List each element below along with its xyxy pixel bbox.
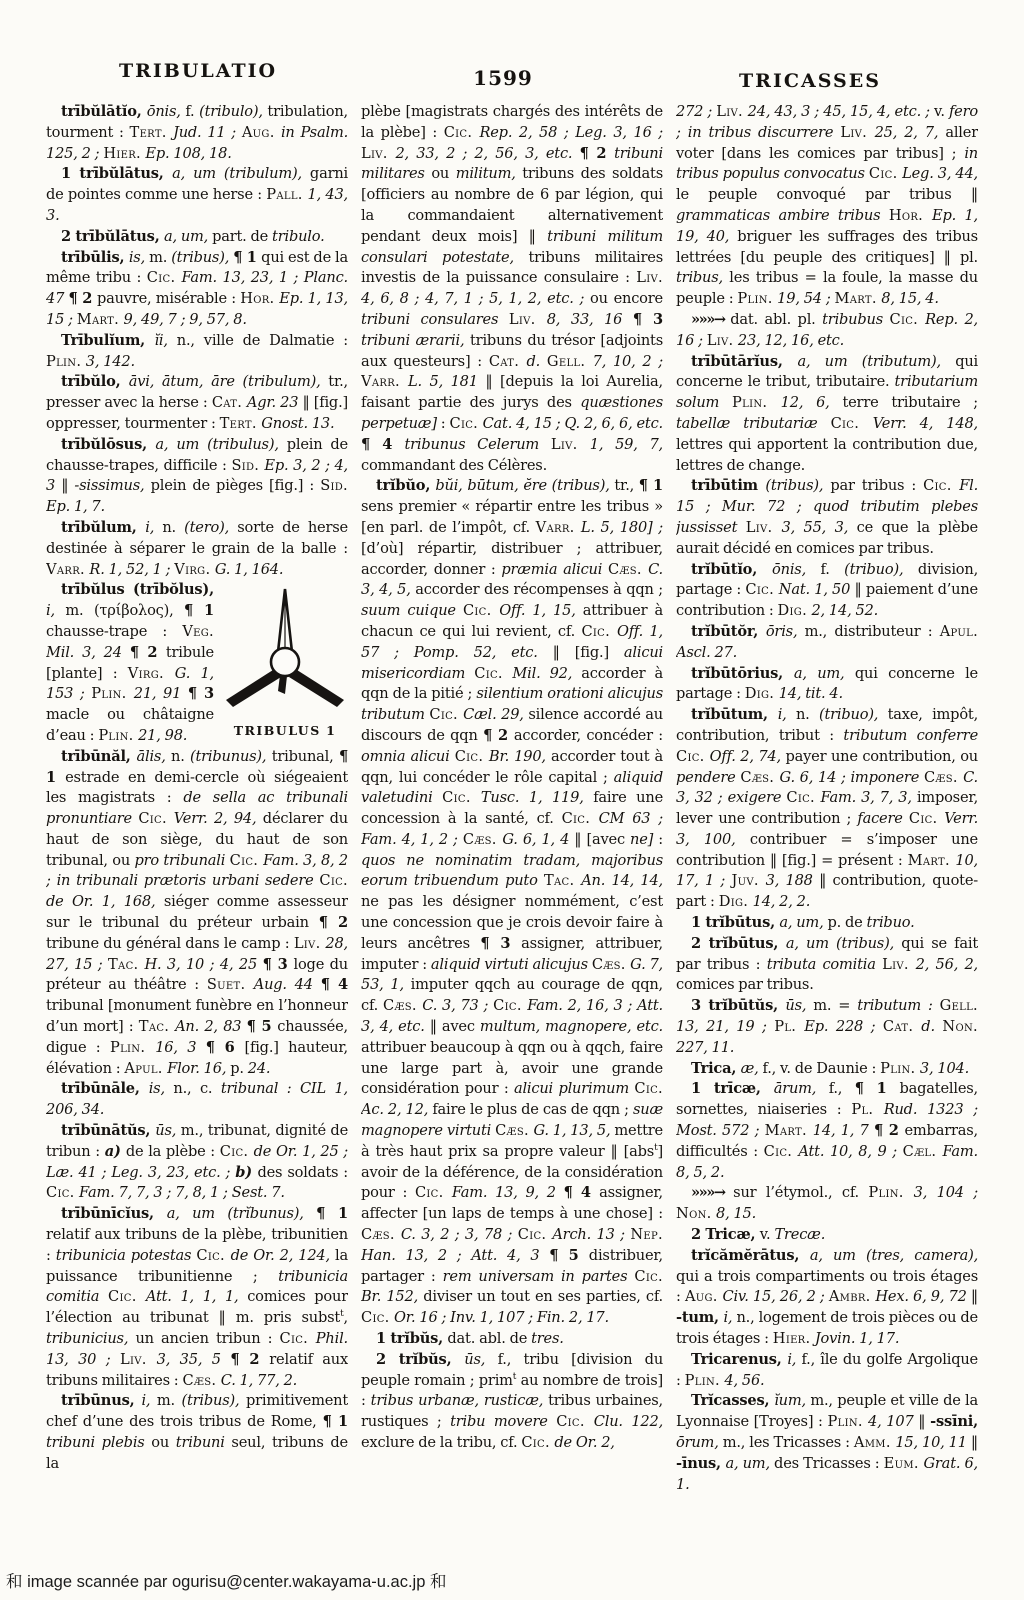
entry-text-segment: (tribus), — [765, 477, 830, 494]
entry-text-segment: Amm. — [854, 1434, 895, 1451]
entry-text-segment: Plin. — [880, 1060, 920, 1077]
entry-text-segment: Cic. — [463, 602, 499, 619]
entry-text-segment: Dig. — [778, 602, 812, 619]
entry-text-segment: dat. abl. pl. — [730, 311, 822, 328]
entry-text-segment: comices par tribus. — [676, 976, 814, 993]
entry-text-segment: Nat. 1, 50 — [779, 581, 855, 598]
dictionary-entry: trĭbūtōrius, a, um, qui concerne le part… — [676, 664, 978, 706]
entry-text-segment: ¶ 2 — [230, 1351, 269, 1368]
entry-text-segment: des soldats : — [257, 1164, 348, 1181]
entry-text-segment: Hex. 6, 9, 72 — [875, 1288, 971, 1305]
entry-text-segment: (tribuo), — [819, 706, 888, 723]
column-3: 272 ; Liv. 24, 43, 3 ; 45, 15, 4, etc. ;… — [676, 102, 978, 1554]
entry-text-segment: 24. — [248, 1060, 271, 1077]
entry-text-segment: ‖ — [61, 477, 74, 494]
entry-text-segment: Cat. — [489, 353, 527, 370]
entry-text-segment: Eum. — [884, 1455, 924, 1472]
entry-text-segment: 14, 1, 7 — [813, 1122, 874, 1139]
entry-text-segment: Virg. — [174, 561, 215, 578]
entry-text-segment: 14, 2, 2. — [753, 893, 811, 910]
entry-text-segment: Cic. — [196, 1247, 230, 1264]
entry-text-segment: tabellæ tributariæ — [676, 415, 831, 432]
entry-text-segment: Nep. — [630, 1226, 663, 1243]
entry-text-segment: Cic. — [923, 477, 959, 494]
entry-text-segment: Varr. — [536, 519, 581, 536]
entry-text-segment: a, um, — [164, 228, 212, 245]
entry-text-segment: Liv. — [361, 145, 395, 162]
entry-text-segment: Virg. — [128, 665, 175, 682]
entry-text-segment: tribus, — [676, 269, 729, 286]
entry-text-segment: Cic. — [634, 1080, 663, 1097]
entry-text-segment: de Or. 2, 124, — [231, 1247, 335, 1264]
entry-text-segment: Non. — [676, 1205, 716, 1222]
entry-text-segment: Gell. — [940, 997, 978, 1014]
entry-text-segment: a, um (trĭbunus), — [167, 1205, 316, 1222]
entry-text-segment: pendere — [676, 769, 740, 786]
entry-text-segment: trībūlis, — [61, 249, 129, 266]
entry-text-segment: Or. 16 ; Inv. 1, 107 ; Fin. 2, 17. — [394, 1309, 609, 1326]
entry-text-segment: 3, 35, 5 — [157, 1351, 231, 1368]
entry-text-segment: ārum, — [774, 1080, 829, 1097]
entry-text-segment: L. 5, 181 — [408, 373, 485, 390]
entry-text-segment: Trica, — [691, 1060, 741, 1077]
entry-text-segment: trĭbūtŏr, — [691, 623, 766, 640]
entry-text-segment: 2, 33, 2 ; 2, 56, 3, etc. — [395, 145, 579, 162]
entry-text-segment: Cic. — [890, 311, 926, 328]
entry-text-segment: i, — [778, 706, 796, 723]
entry-text-segment: 23, 12, 16, etc. — [738, 332, 844, 349]
entry-text-segment: tribune du général dans le camp : — [46, 935, 294, 952]
entry-text-segment: Cic. — [230, 852, 264, 869]
entry-text-segment: Cæs. — [463, 831, 502, 848]
entry-text-segment: des Tricasses : — [774, 1455, 884, 1472]
entry-text-segment: a) — [105, 1143, 126, 1160]
entry-text-segment: Mil. 92, — [512, 665, 581, 682]
dictionary-entry: trībūtim (tribus), par tribus : Cic. Fl.… — [676, 476, 978, 559]
entry-text-segment: chausse-trape : — [46, 623, 182, 640]
tribulus-figure: TRIBULUS 1 — [222, 586, 348, 742]
entry-text-segment: An. 14, 14, — [581, 872, 663, 889]
entry-text-segment: v. — [760, 1226, 775, 1243]
entry-text-segment: ōrum, — [676, 1434, 723, 1451]
entry-text-segment: Trecæ. — [774, 1226, 825, 1243]
entry-text-segment: Clu. 122, — [594, 1413, 663, 1430]
entry-text-segment: f. — [821, 561, 845, 578]
entry-text-segment: : — [441, 415, 450, 432]
entry-text-segment: trībŭlus (trībŏlus), — [61, 581, 214, 598]
entry-text-segment: -tum, — [676, 1309, 723, 1326]
entry-text-segment: 7, 10, 2 ; — [593, 353, 663, 370]
entry-text-segment: Plin. — [732, 394, 781, 411]
entry-text-segment: a, um, — [726, 1455, 775, 1472]
entry-text-segment: ‖ — [918, 1413, 930, 1430]
entry-text-segment: Cic. — [581, 623, 617, 640]
entry-text-segment: Cic. — [676, 748, 710, 765]
entry-text-segment: (tribus), — [171, 249, 233, 266]
entry-text-segment: Dig. — [719, 893, 753, 910]
entry-text-segment: trībŭlo, — [61, 373, 129, 390]
dictionary-entry: Trĭcasses, ĭum, m., peuple et ville de l… — [676, 1391, 978, 1495]
entry-text-segment: part. de — [212, 228, 272, 245]
entry-text-segment: Trībulĭum, — [61, 332, 154, 349]
entry-text-segment: C. 3, 2 ; 3, 78 ; — [401, 1226, 518, 1243]
entry-text-segment: n., c. — [173, 1080, 220, 1097]
entry-text-segment: b) — [235, 1164, 257, 1181]
entry-text-segment: m., distributeur : — [805, 623, 940, 640]
entry-text-segment: Cic. — [493, 997, 527, 1014]
dictionary-entry: trībūnăl, ālis, n. (tribunus), tribunal,… — [46, 747, 348, 1080]
entry-text-segment: grammaticas ambire tribus — [676, 207, 889, 224]
entry-text-segment: payer une contribution, ou — [786, 748, 979, 765]
entry-text-segment: 9, 49, 7 ; 9, 57, 8. — [124, 311, 247, 328]
entry-text-segment: Cæl. — [903, 1143, 943, 1160]
entry-text-segment: sur l’étymol., cf. — [733, 1184, 868, 1201]
entry-text-segment: tribulo. — [272, 228, 325, 245]
entry-text-segment: dat. abl. de — [447, 1330, 531, 1347]
entry-text-segment: (tribulo), — [199, 103, 267, 120]
entry-text-segment: tribunus Celerum — [404, 436, 550, 453]
entry-text-segment: ¶ 5 — [549, 1247, 589, 1264]
entry-text-segment: Liv. — [840, 124, 874, 141]
scan-credit: 和 image scannée par ogurisu@center.wakay… — [6, 1568, 446, 1592]
entry-text-segment: f., v. de Daunie : — [763, 1060, 881, 1077]
entry-text-segment: Han. 13, 2 ; Att. 4, 3 — [361, 1247, 549, 1264]
entry-text-segment: Pl. — [774, 1018, 804, 1035]
entry-text-segment: ūs, — [785, 997, 813, 1014]
dictionary-entry: trībŭlātĭo, ōnis, f. (tribulo), tribulat… — [46, 102, 348, 164]
entry-text-segment: d. — [921, 1018, 942, 1035]
entry-text-segment: a, um (tribus), — [786, 935, 901, 952]
dictionary-entry: trībŭlo, āvi, ātum, āre (tribulum), tr.,… — [46, 372, 348, 434]
text-columns: trībŭlātĭo, ōnis, f. (tribulo), tribulat… — [46, 102, 978, 1554]
entry-text-segment: 3 trĭbūtŭs, — [691, 997, 785, 1014]
entry-text-segment: Tert. — [130, 124, 174, 141]
entry-text-segment: trĭbūtōrius, — [691, 665, 794, 682]
entry-text-segment: Tac. — [108, 956, 144, 973]
running-head-left: TRIBULATIO — [48, 60, 348, 82]
entry-text-segment: 8, 15, 4. — [881, 290, 939, 307]
entry-text-segment: 4, 56. — [724, 1372, 764, 1389]
entry-text-segment: a, um (tributum), — [797, 353, 955, 370]
entry-text-segment: ūs, — [464, 1351, 497, 1368]
entry-text-segment: R. 1, 52, 1 ; — [89, 561, 174, 578]
entry-text-segment: n. — [171, 748, 190, 765]
dictionary-entry: Tricarenus, i, f., île du golfe Argoliqu… — [676, 1350, 978, 1392]
figure-caption: TRIBULUS 1 — [222, 721, 348, 742]
entry-text-segment: -sissimus, — [74, 477, 150, 494]
entry-text-segment: 2 trībŭlātus, — [61, 228, 164, 245]
entry-text-segment: tribuni ærarii, — [361, 332, 470, 349]
entry-text-segment: m. — [157, 1392, 182, 1409]
entry-text-segment: ‖ avec — [430, 1018, 480, 1035]
entry-text-segment: Ac. 2, 12, — [361, 1101, 432, 1118]
entry-text-segment: Apul. — [940, 623, 978, 640]
entry-text-segment: (tribunus), — [190, 748, 272, 765]
entry-text-segment: ¶ 1 — [639, 477, 663, 494]
entry-text-segment: aliquid virtuti alicujus — [431, 956, 592, 973]
entry-text-segment: ou — [431, 165, 455, 182]
entry-text-segment: Plin. — [91, 685, 133, 702]
entry-text-segment: Hor. — [889, 207, 932, 224]
entry-text-segment: ¶ 2 — [130, 644, 166, 661]
entry-text-segment: Cæl. 29, — [463, 706, 528, 723]
entry-text-segment: Mart. — [835, 290, 882, 307]
entry-text-segment: Cic. — [474, 665, 512, 682]
dictionary-entry: trībūlis, is, m. (tribus), ¶ 1 qui est d… — [46, 248, 348, 331]
dictionary-entry: Trica, æ, f., v. de Daunie : Plin. 3, 10… — [676, 1059, 978, 1080]
dictionary-entry: 1 trĭbūtus, a, um, p. de tribuo. — [676, 913, 978, 934]
entry-text-segment: »»»→ — [691, 1184, 733, 1201]
entry-text-segment: tribubus — [822, 311, 889, 328]
entry-text-segment: Non. — [942, 1018, 978, 1035]
entry-text-segment: Hor. — [240, 290, 279, 307]
entry-text-segment: Veg. — [182, 623, 214, 640]
dictionary-entry: 2 trĭbŭs, ūs, f., tribu [division du peu… — [361, 1350, 663, 1454]
entry-text-segment: 3, 104 ; — [914, 1184, 978, 1201]
entry-text-segment: ¶ 4 — [361, 436, 404, 453]
entry-text-segment: Cæs. — [361, 1226, 401, 1243]
entry-text-segment: 4, 107 — [868, 1413, 918, 1430]
entry-text-segment: Liv. — [120, 1351, 157, 1368]
entry-text-segment: »»»→ — [691, 311, 730, 328]
entry-text-segment: diviser un tout en ses parties, cf. — [423, 1288, 663, 1305]
entry-text-segment: Cic. — [869, 165, 902, 182]
entry-text-segment: Cic. — [138, 810, 173, 827]
entry-text-segment: ōnis, — [772, 561, 820, 578]
entry-text-segment: Juv. — [731, 872, 765, 889]
entry-text-segment: Cic. — [319, 872, 348, 889]
entry-text-segment: i, — [787, 1351, 801, 1368]
dictionary-entry: trĭbūtĭo, ōnis, f. (tribuo), division, p… — [676, 560, 978, 622]
entry-text-segment: tribus urbanæ, rusticæ, — [371, 1392, 548, 1409]
entry-text-segment: 272 ; — [676, 103, 716, 120]
dictionary-entry: TRIBULUS 1 trībŭlus (trībŏlus), i, m. (τ… — [46, 580, 348, 746]
entry-text-segment: Mart. — [765, 1122, 813, 1139]
dictionary-entry: trĭbŭo, bŭi, būtum, ĕre (tribus), tr., ¶… — [361, 476, 663, 1329]
entry-text-segment: 14, tit. 4. — [779, 685, 843, 702]
running-head-right: TRICASSES — [660, 70, 960, 92]
entry-text-segment: (tero), — [184, 519, 237, 536]
entry-text-segment: 24, 43, 3 ; 45, 15, 4, etc. ; — [748, 103, 934, 120]
entry-text-segment: 3, 55, 3, — [781, 519, 856, 536]
entry-text-segment: ĭi, — [154, 332, 176, 349]
entry-text-segment: ¶ 2 — [319, 914, 348, 931]
entry-text-segment: Plin. — [98, 727, 138, 744]
entry-text-segment: par tribus : — [830, 477, 923, 494]
entry-text-segment: ¶ 2 — [483, 727, 514, 744]
entry-text-segment: de Or. 2, — [554, 1434, 614, 1451]
entry-text-segment: præmia alicui — [501, 561, 608, 578]
entry-text-segment: Cic. — [444, 124, 480, 141]
entry-text-segment: omnia alicui — [361, 748, 455, 765]
entry-text-segment: G. 6, 14 ; imponere — [780, 769, 924, 786]
entry-text-segment: Arch. 13 ; — [552, 1226, 630, 1243]
entry-text-segment: Pl. — [851, 1101, 883, 1118]
entry-text-segment: 3, 104. — [920, 1060, 969, 1077]
entry-text-segment: 4, 6, 8 ; 4, 7, 1 ; 5, 1, 2, etc. ; — [361, 290, 590, 307]
entry-text-segment: accorder des récompenses à qqn ; — [415, 581, 663, 598]
entry-text-segment: Cic. — [521, 1434, 554, 1451]
dictionary-entry: 1 trĭbŭs, dat. abl. de tres. — [361, 1329, 663, 1350]
entry-text-segment: Gell. — [547, 353, 593, 370]
entry-text-segment: H. 3, 10 ; 4, 25 — [144, 956, 262, 973]
entry-text-segment: Jovin. 1, 17. — [815, 1330, 899, 1347]
entry-text-segment: Cic. — [455, 748, 489, 765]
entry-text-segment: m. (τρίβολος), — [65, 602, 184, 619]
entry-text-segment: ¶ 2 — [580, 145, 614, 162]
dictionary-entry: trībūnāle, is, n., c. tribunal : CIL 1, … — [46, 1079, 348, 1121]
entry-text-segment: ¶ 5 — [247, 1018, 278, 1035]
entry-text-segment: ōnis, — [147, 103, 186, 120]
entry-text-segment: Ep. 108, 18. — [145, 145, 231, 162]
entry-text-segment: Rep. 2, 58 ; Leg. 3, 16 ; — [479, 124, 663, 141]
entry-text-segment: tribuni plebis — [46, 1434, 151, 1451]
entry-text-segment: Cic. — [556, 1413, 594, 1430]
entry-text-segment: Liv. — [716, 103, 747, 120]
entry-text-segment: Trĭcasses, — [691, 1392, 774, 1409]
entry-text-segment: Tert. — [220, 415, 262, 432]
entry-text-segment: v. — [934, 103, 949, 120]
entry-text-segment: ‖ [fig.] — [553, 644, 624, 661]
entry-text-segment: Cic. — [220, 1143, 254, 1160]
entry-text-segment: f., — [829, 1080, 855, 1097]
entry-text-segment: Liv. — [551, 436, 590, 453]
entry-text-segment: 2 trĭbūtus, — [691, 935, 786, 952]
entry-text-segment: Sid. — [320, 477, 348, 494]
entry-text-segment: Pall. — [266, 186, 307, 203]
entry-text-segment: G. 1, 13, 5, — [533, 1122, 614, 1139]
entry-text-segment: Fam. 13, 9, 2 — [452, 1184, 564, 1201]
entry-text-segment: un ancien tribun : — [135, 1330, 279, 1347]
entry-text-segment: ‖ — [971, 1434, 978, 1451]
entry-text-segment: Cic. — [562, 810, 599, 827]
entry-text-segment: Fam. 3, 7, 3, — [821, 789, 917, 806]
entry-text-segment: plein de pièges [fig.] : — [151, 477, 321, 494]
entry-text-segment: Cæs. — [740, 769, 779, 786]
entry-text-segment: i, — [46, 602, 65, 619]
entry-text-segment: Agr. 23 — [247, 394, 303, 411]
entry-text-segment: Sid. — [231, 457, 264, 474]
entry-text-segment: trībŭlōsus, — [61, 436, 155, 453]
entry-text-segment: 13, 21, 19 ; — [676, 1018, 774, 1035]
entry-text-segment: Cic. — [909, 810, 944, 827]
entry-text-segment: Cæs. — [182, 1372, 220, 1389]
entry-text-segment: n., ville de Dalmatie : — [177, 332, 348, 349]
entry-text-segment: Cic. — [442, 789, 481, 806]
entry-text-segment: ¶ 3 — [188, 685, 214, 702]
entry-text-segment: i, — [145, 519, 162, 536]
entry-text-segment: Plin. — [685, 1372, 725, 1389]
dictionary-entry: plèbe [magistrats chargés des intérêts d… — [361, 102, 663, 476]
dictionary-entry: 2 trĭbūtus, a, um (tribus), qui se fait … — [676, 934, 978, 996]
entry-text-segment: exclure de la tribu, cf. — [361, 1434, 521, 1451]
entry-text-segment: Liv. — [882, 956, 916, 973]
entry-text-segment: tribuo. — [867, 914, 915, 931]
entry-text-segment: -īnus, — [676, 1455, 726, 1472]
dictionary-entry: 2 trībŭlātus, a, um, part. de tribulo. — [46, 227, 348, 248]
entry-text-segment: Cic. — [634, 1268, 663, 1285]
dictionary-entry: trĭcămĕrātus, a, um (tres, camera), qui … — [676, 1246, 978, 1350]
entry-text-segment: 21, 91 — [134, 685, 188, 702]
entry-text-segment: trĭbŭo, — [376, 477, 435, 494]
entry-text-segment: Plin. — [46, 353, 86, 370]
entry-text-segment: ¶ 3 — [480, 935, 521, 952]
entry-text-segment: Plin. — [828, 1413, 869, 1430]
entry-text-segment: ¶ 3 — [633, 311, 663, 328]
entry-text-segment: tribu movere — [450, 1413, 556, 1430]
entry-text-segment: Att. 10, 8, 9 ; — [798, 1143, 902, 1160]
entry-text-segment: tribunal, — [272, 748, 339, 765]
entry-text-segment: de la plèbe : — [126, 1143, 220, 1160]
entry-text-segment: de Or. 1, 168, — [46, 893, 164, 910]
entry-text-segment: Plin. — [868, 1184, 913, 1201]
entry-text-segment: n. — [162, 519, 184, 536]
entry-text-segment: m., les Tricasses : — [723, 1434, 854, 1451]
entry-text-segment: a, um (tres, camera), — [810, 1247, 978, 1264]
entry-text-segment: commandant des Célères. — [361, 457, 547, 474]
entry-text-segment: trībūnātŭs, — [61, 1122, 155, 1139]
entry-text-segment: pro tribunali — [134, 852, 229, 869]
entry-text-segment: ūs, — [155, 1122, 180, 1139]
entry-text-segment: Cic. — [450, 415, 483, 432]
entry-text-segment: 16, 3 — [155, 1039, 206, 1056]
dictionary-entry: 272 ; Liv. 24, 43, 3 ; 45, 15, 4, etc. ;… — [676, 102, 978, 310]
entry-text-segment: Cic. — [415, 1184, 452, 1201]
entry-text-segment: i, — [723, 1309, 736, 1326]
dictionary-entry: trībūtārĭus, a, um (tributum), qui conce… — [676, 352, 978, 477]
entry-text-segment: Plin. — [737, 290, 777, 307]
entry-text-segment: a, um, — [794, 665, 855, 682]
entry-text-segment: bŭi, būtum, ĕre (tribus), — [435, 477, 614, 494]
entry-text-segment: a, um, — [779, 914, 827, 931]
entry-text-segment: ¶ 1 — [316, 1205, 348, 1222]
entry-text-segment: (tribus), — [181, 1392, 245, 1409]
entry-text-segment: Aug. — [685, 1288, 723, 1305]
entry-text-segment: Cic. — [831, 415, 873, 432]
entry-text-segment: æ, — [741, 1060, 763, 1077]
dictionary-entry: trībūnātŭs, ūs, m., tribunat, dignité de… — [46, 1121, 348, 1204]
entry-text-segment: Cic. — [429, 706, 463, 723]
entry-text-segment: trībūnăl, — [61, 748, 136, 765]
entry-text-segment: Verr. 4, 148, — [873, 415, 978, 432]
entry-text-segment: -ssīni, — [930, 1413, 978, 1430]
column-1: trībŭlātĭo, ōnis, f. (tribulo), tribulat… — [46, 102, 348, 1554]
entry-text-segment: Cæs. — [383, 997, 422, 1014]
entry-text-segment: C. 1, 77, 2. — [221, 1372, 297, 1389]
entry-text-segment: Liv. — [746, 519, 782, 536]
entry-text-segment: is, — [149, 1080, 174, 1097]
entry-text-segment: a, um (tribulum), — [172, 165, 310, 182]
entry-text-segment: Tricarenus, — [691, 1351, 787, 1368]
entry-text-segment: militum, — [456, 165, 523, 182]
entry-text-segment: 3, 142. — [86, 353, 135, 370]
entry-text-segment: ¶ 3 — [263, 956, 294, 973]
entry-text-segment: p. — [230, 1060, 248, 1077]
entry-text-segment: ōris, — [766, 623, 805, 640]
entry-text-segment: trībŭlātĭo, — [61, 103, 147, 120]
entry-text-segment: Mart. — [908, 852, 956, 869]
entry-text-segment: tributum : — [857, 997, 939, 1014]
column-2: plèbe [magistrats chargés des intérêts d… — [361, 102, 663, 1554]
entry-text-segment: Liv. — [707, 332, 738, 349]
entry-text-segment: Cic. — [518, 1226, 553, 1243]
entry-text-segment: tribunicia potestas — [56, 1247, 197, 1264]
dictionary-entry: »»»→ dat. abl. pl. tribubus Cic. Rep. 2,… — [676, 310, 978, 352]
caltrop-illustration — [222, 586, 348, 712]
entry-text-segment: ¶ 2 — [68, 290, 96, 307]
entry-text-segment: trībūtim — [691, 477, 765, 494]
dictionary-entry: trĭbūtŏr, ōris, m., distributeur : Apul.… — [676, 622, 978, 664]
